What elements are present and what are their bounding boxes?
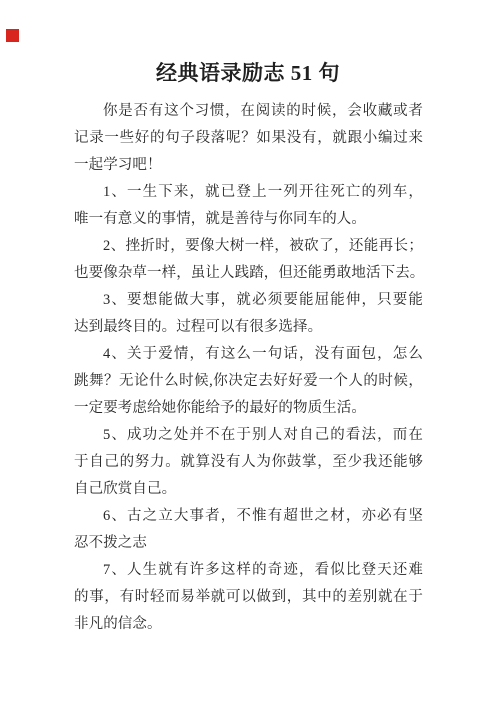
text-line: 5、成功之处并不在于别人对自己的看法，而在 — [74, 422, 423, 449]
text-line: 4、关于爱情，有这么一句话，没有面包，怎么 — [74, 341, 423, 368]
paragraph: 3、要想能做大事，就必须要能屈能伸，只要能 达到最终目的。过程可以有很多选择。 — [74, 287, 423, 341]
paragraph: 1、一生下来，就已登上一列开往死亡的列车， 唯一有意义的事情，就是善待与你同车的… — [74, 179, 423, 233]
text-line: 一起学习吧！ — [74, 152, 423, 179]
text-line: 也要像杂草一样，虽让人践踏，但还能勇敢地活下去。 — [74, 260, 423, 287]
red-square-marker — [6, 29, 19, 42]
paragraph: 5、成功之处并不在于别人对自己的看法，而在 于自己的努力。就算没有人为你鼓掌，至… — [74, 422, 423, 503]
text-line: 2、挫折时，要像大树一样，被砍了，还能再长； — [74, 233, 423, 260]
document-body: 你是否有这个习惯，在阅读的时候，会收藏或者 记录一些好的句子段落呢？如果没有，就… — [74, 98, 423, 638]
text-line: 唯一有意义的事情，就是善待与你同车的人。 — [74, 206, 423, 233]
paragraph: 2、挫折时，要像大树一样，被砍了，还能再长； 也要像杂草一样，虽让人践踏，但还能… — [74, 233, 423, 287]
text-line: 跳舞？无论什么时候,你决定去好好爱一个人的时候， — [74, 368, 423, 395]
text-line: 忍不拨之志 — [74, 530, 423, 557]
text-line: 1、一生下来，就已登上一列开往死亡的列车， — [74, 179, 423, 206]
text-line: 非凡的信念。 — [74, 611, 423, 638]
paragraph: 7、人生就有许多这样的奇迹，看似比登天还难 的事，有时轻而易举就可以做到，其中的… — [74, 557, 423, 638]
text-line: 6、古之立大事者，不惟有超世之材，亦必有坚 — [74, 503, 423, 530]
text-line: 达到最终目的。过程可以有很多选择。 — [74, 314, 423, 341]
text-line: 的事，有时轻而易举就可以做到，其中的差别就在于 — [74, 584, 423, 611]
document-page: 经典语录励志 51 句 你是否有这个习惯，在阅读的时候，会收藏或者 记录一些好的… — [0, 0, 496, 702]
text-line: 于自己的努力。就算没有人为你鼓掌，至少我还能够 — [74, 449, 423, 476]
paragraph: 6、古之立大事者，不惟有超世之材，亦必有坚 忍不拨之志 — [74, 503, 423, 557]
text-line: 7、人生就有许多这样的奇迹，看似比登天还难 — [74, 557, 423, 584]
text-line: 一定要考虑给她你能给予的最好的物质生活。 — [74, 395, 423, 422]
page-title: 经典语录励志 51 句 — [0, 0, 496, 86]
text-line: 3、要想能做大事，就必须要能屈能伸，只要能 — [74, 287, 423, 314]
paragraph: 你是否有这个习惯，在阅读的时候，会收藏或者 记录一些好的句子段落呢？如果没有，就… — [74, 98, 423, 179]
text-line: 记录一些好的句子段落呢？如果没有，就跟小编过来 — [74, 125, 423, 152]
text-line: 自己欣赏自己。 — [74, 476, 423, 503]
text-line: 你是否有这个习惯，在阅读的时候，会收藏或者 — [74, 98, 423, 125]
paragraph: 4、关于爱情，有这么一句话，没有面包，怎么 跳舞？无论什么时候,你决定去好好爱一… — [74, 341, 423, 422]
